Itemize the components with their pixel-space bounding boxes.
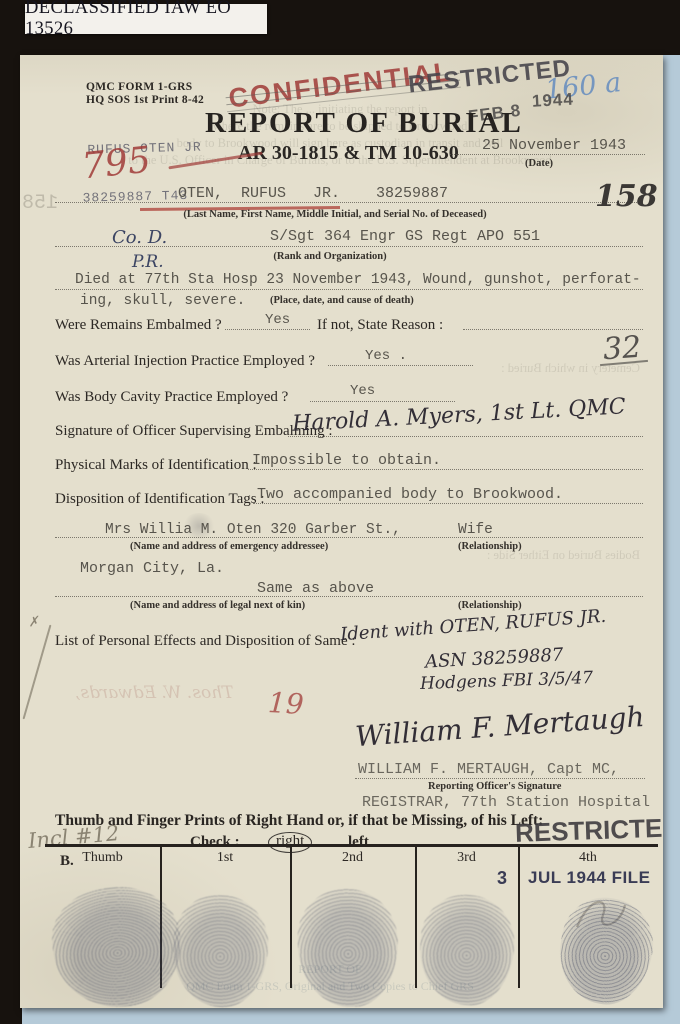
embalmed-answer: Yes [265,312,290,328]
reason-dots [463,329,643,330]
cavity-dots [310,401,455,402]
table-top-rule [45,844,658,847]
table-divider-2 [290,847,292,988]
arterial-dots [328,365,473,366]
red-grease-note: 795 [80,140,153,188]
marks-dots [248,469,643,470]
emergency-rel-label: (Relationship) [458,541,522,552]
effects-label: List of Personal Effects and Disposition… [55,633,356,650]
date-value: 25 November 1943 [482,137,626,154]
scanned-burial-report: { "colors":{"paper":"#e4dfcd","black":"#… [0,0,680,1024]
table-divider-3 [415,847,417,988]
red-mark-19: 19 [267,686,304,721]
column-2nd: 2nd [290,850,415,866]
rank-line [55,246,643,247]
reason-label: If not, State Reason : [317,317,443,334]
declassification-text: DECLASSIFIED IAW EO 13526 [25,0,267,40]
form-regulations: AR 30-1815 & TM 10-630 [238,142,459,165]
form-title: REPORT OF BURIAL [205,107,523,140]
column-1st: 1st [160,850,290,866]
check-label: Check : [190,834,240,851]
effects-hand-line3: Hodgens FBI 3/5/47 [420,668,594,694]
reporting-officer-signature: William F. Mertaugh [354,700,645,753]
emergency-city: Morgan City, La. [80,560,224,577]
kin-rel-label: (Relationship) [458,600,522,611]
registrar-line: REGISTRAR, 77th Station Hospital [362,794,650,811]
column-4th: 4th [518,850,658,866]
rank-value: S/Sgt 364 Engr GS Regt APO 551 [270,228,540,245]
arterial-answer: Yes . [365,348,407,364]
ghost-158: 158 [22,195,58,212]
deceased-name-value: OTEN, RUFUS JR. 38259887 [178,185,448,202]
scan-left-border [0,0,22,1024]
death-line2: ing, skull, severe. [80,293,245,309]
handwritten-pr: P.R. [132,252,164,272]
pencil-slash-mark [23,625,52,720]
incl-note: Incl #12 [27,821,120,853]
cavity-question: Was Body Cavity Practice Employed ? [55,389,288,406]
declassification-banner: DECLASSIFIED IAW EO 13526 [25,4,267,34]
death-label: (Place, date, and cause of death) [270,295,414,306]
embalming-signature-label: Signature of Officer Supervising Embalmi… [55,423,333,440]
tags-label: Disposition of Identification Tags : [55,491,264,508]
arterial-question: Was Arterial Injection Practice Employed… [55,353,315,370]
tags-dots [253,503,643,504]
ghost-edwards-signature: Thos. W. Edwards, [75,685,233,702]
embalming-dots [288,436,643,437]
reporting-officer-label: Reporting Officer's Signature [428,781,561,792]
embalmed-question: Were Remains Embalmed ? [55,317,222,334]
embalmed-dots [225,329,310,330]
pencil-scribble-head: ✗ [27,614,40,631]
date-label: (Date) [525,158,553,169]
marks-label: Physical Marks of Identification : [55,457,257,474]
copy-number: 158 [595,179,658,214]
deceased-label: (Last Name, First Name, Middle Initial, … [135,209,535,220]
file-stamp-text: JUL 1944 FILE [528,868,650,888]
kin-name-label: (Name and address of legal next of kin) [130,600,305,611]
column-thumb: Thumb [45,850,160,866]
ghost-bodies-line: Bodies Buried on Either Side : [420,547,640,564]
effects-hand-line2: ASN 38259887 [425,644,564,672]
emergency-name-label: (Name and address of emergency addressee… [130,541,328,552]
handwritten-company: Co. D. [112,227,167,248]
kin-value: Same as above [257,580,374,597]
effects-hand-line1: Ident with OTEN, RUFUS JR. [340,606,607,646]
emergency-line [55,537,643,538]
form-number: QMC FORM 1-GRS HQ SOS 1st Print 8-42 [86,81,204,107]
marks-value: Impossible to obtain. [252,452,441,469]
deceased-line [55,202,643,203]
table-divider-4 [518,847,520,988]
rank-label: (Rank and Organization) [180,251,480,262]
emergency-relationship-value: Wife [458,522,493,538]
death-line1: Died at 77th Sta Hosp 23 November 1943, … [75,272,641,288]
check-left: left [348,834,369,851]
prints-instruction: Thumb and Finger Prints of Right Hand or… [55,812,543,830]
file-stamp-digit: 3 [497,868,507,889]
officer-dots [355,778,645,779]
column-3rd: 3rd [415,850,518,866]
death-underline [55,289,643,290]
reporting-officer-typed: WILLIAM F. MERTAUGH, Capt MC, [358,761,619,778]
burial-report-page: Note: The ... initiating the report in w… [20,55,663,1008]
tags-value: Two accompanied body to Brookwood. [257,486,563,503]
date-line [450,154,645,155]
cavity-answer: Yes [350,383,375,399]
kin-line [55,596,643,597]
emergency-addressee-value: Mrs Willia M. Oten 320 Garber St., [105,522,401,538]
